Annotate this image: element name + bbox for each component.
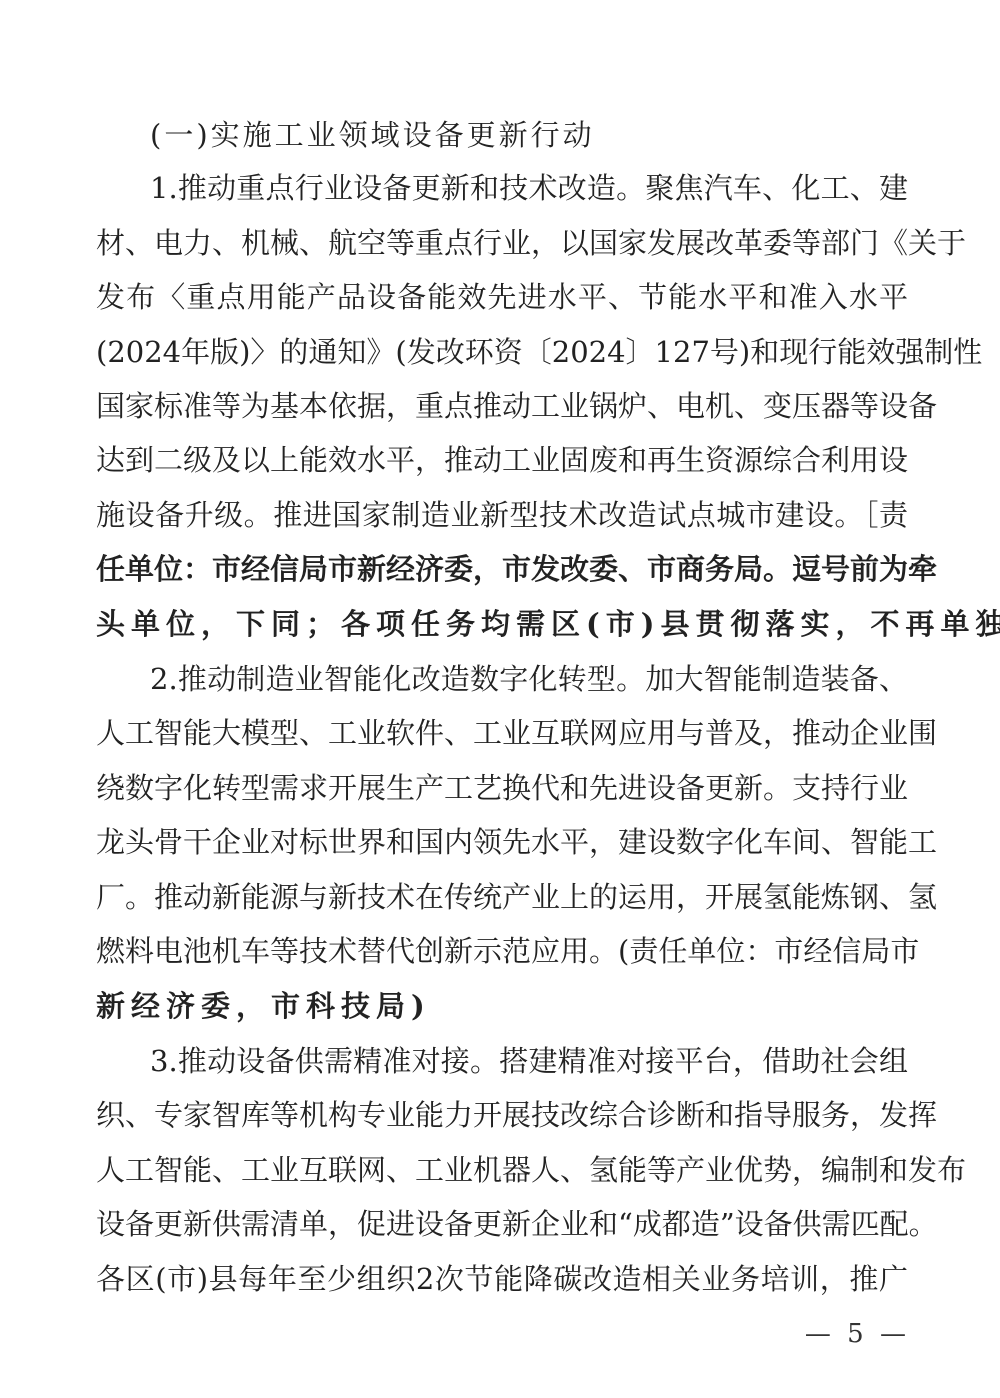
paragraph-3-line-3: 人工智能、工业互联网、工业机器人、氢能等产业优势，编制和发布 [96,1152,908,1188]
paragraph-1-line-5: 国家标准等为基本依据，重点推动工业锅炉、电机、变压器等设备 [96,388,908,424]
paragraph-1-line-1: 1.推动重点行业设备更新和技术改造。聚焦汽车、化工、建 [150,170,908,206]
paragraph-3-line-2: 织、专家智库等机构专业能力开展技改综合诊断和指导服务，发挥 [96,1097,908,1133]
paragraph-2-line-5: 厂。推动新能源与新技术在传统产业上的运用，开展氢能炼钢、氢 [96,879,908,915]
responsibility-note-line-2: 头单位，下同；各项任务均需区(市)县贯彻落实，不再单独列出］ [96,606,908,642]
paragraph-1-line-6: 达到二级及以上能效水平，推动工业固废和再生资源综合利用设 [96,442,908,478]
responsibility-note-line-1: 任单位：市经信局市新经济委，市发改委、市商务局。逗号前为牵 [96,551,908,587]
paragraph-3-line-5: 各区(市)县每年至少组织2次节能降碳改造相关业务培训，推广 [96,1261,908,1297]
paragraph-1-line-7: 施设备升级。推进国家制造业新型技术改造试点城市建设。［责 [96,497,908,533]
paragraph-2-line-4: 龙头骨干企业对标世界和国内领先水平，建设数字化车间、智能工 [96,824,908,860]
paragraph-2-line-7: 新经济委，市科技局) [96,988,908,1024]
document-page: (一)实施工业领域设备更新行动 1.推动重点行业设备更新和技术改造。聚焦汽车、化… [0,0,1000,1398]
paragraph-1-line-2: 材、电力、机械、航空等重点行业，以国家发展改革委等部门《关于 [96,225,908,261]
paragraph-2-line-2: 人工智能大模型、工业软件、工业互联网应用与普及，推动企业围 [96,715,908,751]
paragraph-2-line-6: 燃料电池机车等技术替代创新示范应用。(责任单位：市经信局市 [96,933,908,969]
paragraph-3-line-1: 3.推动设备供需精准对接。搭建精准对接平台，借助社会组 [150,1043,908,1079]
paragraph-2-line-3: 绕数字化转型需求开展生产工艺换代和先进设备更新。支持行业 [96,770,908,806]
paragraph-1-line-4: (2024年版)〉的通知》(发改环资〔2024〕127号)和现行能效强制性 [96,334,908,370]
paragraph-2-line-1: 2.推动制造业智能化改造数字化转型。加大智能制造装备、 [150,661,908,697]
section-heading: (一)实施工业领域设备更新行动 [150,117,908,153]
paragraph-3-line-4: 设备更新供需清单，促进设备更新企业和“成都造”设备供需匹配。 [96,1206,908,1242]
paragraph-1-line-3: 发布〈重点用能产品设备能效先进水平、节能水平和准入水平 [96,279,908,315]
page-number: — 5 — [790,1318,910,1350]
